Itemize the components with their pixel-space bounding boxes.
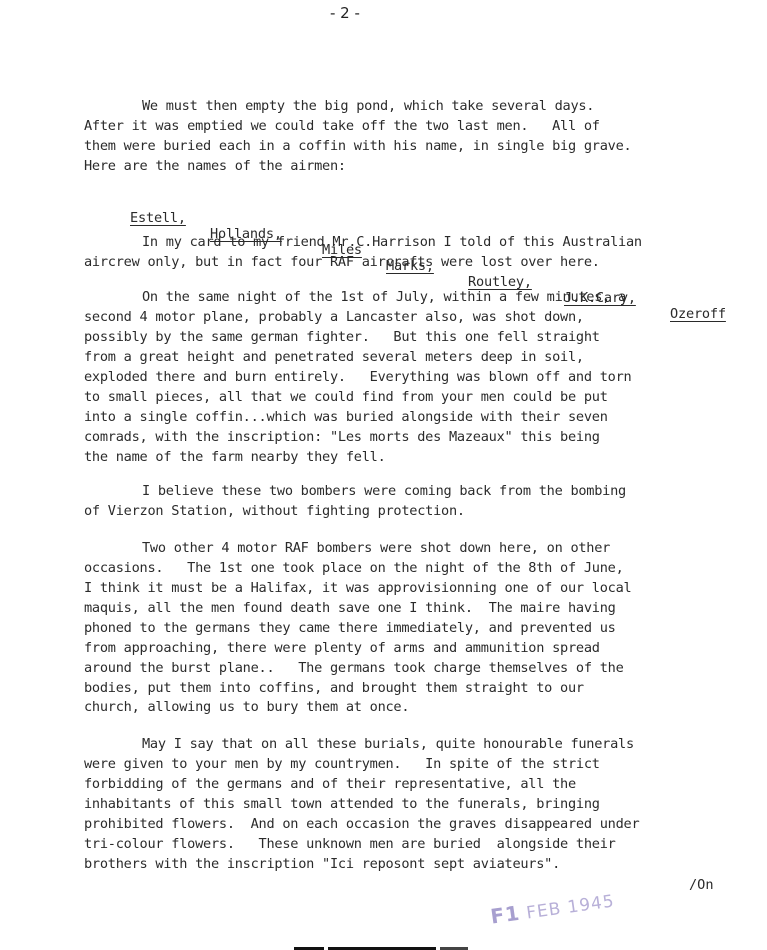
text-line: possibly by the same german fighter. But… [84,329,600,345]
airman-name: Ozeroff [670,306,726,322]
text-line: occasions. The 1st one took place on the… [84,560,624,576]
text-line: phoned to the germans they came there im… [84,620,616,636]
text-line: bodies, put them into coffins, and broug… [84,680,584,696]
airman-name: Routley, [468,274,532,290]
text-line: second 4 motor plane, probably a Lancast… [84,309,584,325]
text-line: forbidding of the germans and of their r… [84,776,576,792]
text-line: comrads, with the inscription: "Les mort… [84,429,600,445]
text-line: exploded there and burn entirely. Everyt… [84,369,631,385]
text-line: from a great height and penetrated sever… [84,349,584,365]
text-line: brothers with the inscription "Ici repos… [84,856,560,872]
text-line: tri-colour flowers. These unknown men ar… [84,836,616,852]
text-line: I think it must be a Halifax, it was app… [84,580,631,596]
text-line: were given to your men by my countrymen.… [84,756,600,772]
text-line: May I say that on all these burials, qui… [142,736,634,752]
text-line: from approaching, there were plenty of a… [84,640,600,656]
text-line: inhabitants of this small town attended … [84,796,600,812]
text-line: into a single coffin...which was buried … [84,409,608,425]
page-number: - 2 - [330,4,360,22]
stamp-day: F1 [489,901,522,929]
text-line: aircrew only, but in fact four RAF aircr… [84,254,600,270]
text-line: Two other 4 motor RAF bombers were shot … [142,540,610,556]
text-line: I believe these two bombers were coming … [142,483,626,499]
text-line: the name of the farm nearby they fell. [84,449,386,465]
text-line: In my card to my friend Mr.C.Harrison I … [142,234,642,250]
text-line: Here are the names of the airmen: [84,158,346,174]
text-line: around the burst plane.. The germans too… [84,660,624,676]
stamp-date: FEB 1945 [525,891,616,923]
airman-name: Estell, [130,210,186,226]
text-line: We must then empty the big pond, which t… [142,98,594,114]
text-line: of Vierzon Station, without fighting pro… [84,503,465,519]
text-line: After it was emptied we could take off t… [84,118,600,134]
continuation-mark: /On [689,877,714,893]
text-line: them were buried each in a coffin with h… [84,138,631,154]
text-line: church, allowing us to bury them at once… [84,699,409,715]
text-line: to small pieces, all that we could find … [84,389,608,405]
date-stamp: F1 FEB 1945 [489,887,616,928]
text-line: On the same night of the 1st of July, wi… [142,289,626,305]
text-line: maquis, all the men found death save one… [84,600,616,616]
text-line: prohibited flowers. And on each occasion… [84,816,639,832]
